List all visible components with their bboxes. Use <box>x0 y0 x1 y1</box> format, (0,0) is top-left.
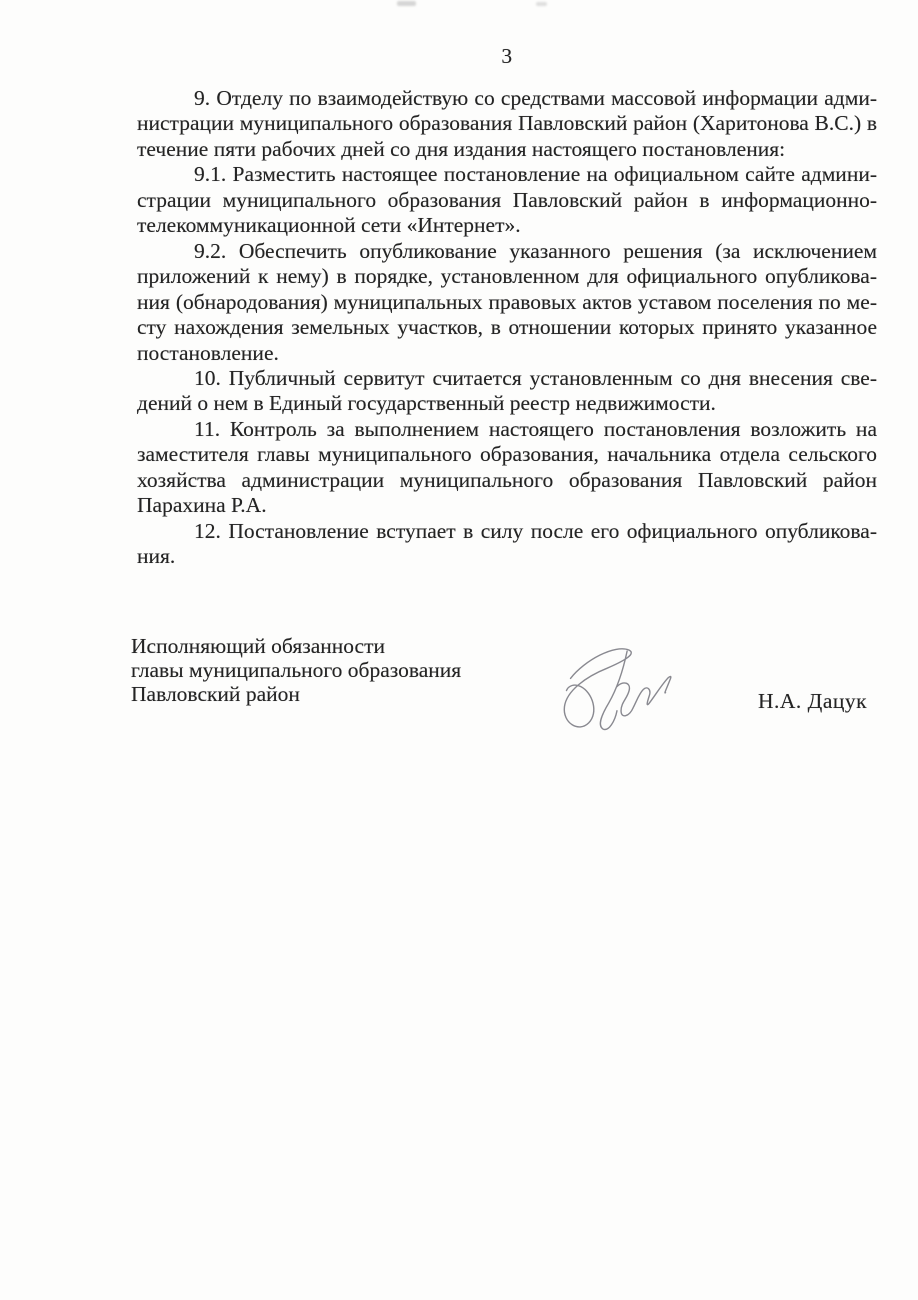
scan-artifact <box>536 2 547 6</box>
text-line: ния (обнародования) муниципальных правов… <box>137 290 877 315</box>
text-line: 11. Контроль за выполнением настоящего п… <box>137 417 877 442</box>
text-line: течение пяти рабочих дней со дня издания… <box>137 137 877 162</box>
text-line: постановление. <box>137 341 877 366</box>
signatory-name: Н.А. Дацук <box>758 689 867 714</box>
text-line: Парахина Р.А. <box>137 493 877 518</box>
handwritten-signature-icon <box>556 638 678 734</box>
text-line: нистрации муниципального образования Пав… <box>137 111 877 136</box>
signatory-title-line: Исполняющий обязанности <box>131 634 461 658</box>
paragraph-9: 9. Отделу по взаимодействую со средствам… <box>137 86 877 162</box>
paragraph-10: 10. Публичный сервитут считается установ… <box>137 366 877 417</box>
paragraph-9-2: 9.2. Обеспечить опубликование указанного… <box>137 239 877 366</box>
text-line: страции муниципального образования Павло… <box>137 188 877 213</box>
signatory-title: Исполняющий обязанности главы муниципаль… <box>131 634 461 707</box>
document-body: 9. Отделу по взаимодействую со средствам… <box>137 86 877 570</box>
paragraph-9-1: 9.1. Разместить настоящее постановление … <box>137 162 877 238</box>
signatory-title-line: Павловский район <box>131 682 461 706</box>
paragraph-12: 12. Постановление вступает в силу после … <box>137 519 877 570</box>
text-line: 12. Постановление вступает в силу после … <box>137 519 877 544</box>
paragraph-11: 11. Контроль за выполнением настоящего п… <box>137 417 877 519</box>
scanned-document-page: 3 9. Отделу по взаимодействую со средств… <box>0 0 918 1300</box>
text-line: дений о нем в Единый государственный рее… <box>137 391 877 416</box>
text-line: заместителя главы муниципального образов… <box>137 442 877 467</box>
text-line: 10. Публичный сервитут считается установ… <box>137 366 877 391</box>
text-line: 9. Отделу по взаимодействую со средствам… <box>137 86 877 111</box>
signatory-title-line: главы муниципального образования <box>131 658 461 682</box>
text-line: сту нахождения земельных участков, в отн… <box>137 315 877 340</box>
scan-artifact <box>397 1 416 6</box>
text-line: хозяйства администрации муниципального о… <box>137 468 877 493</box>
page-number: 3 <box>137 44 877 69</box>
text-line: ния. <box>137 544 877 569</box>
text-line: 9.2. Обеспечить опубликование указанного… <box>137 239 877 264</box>
text-line: приложений к нему) в порядке, установлен… <box>137 264 877 289</box>
text-line: 9.1. Разместить настоящее постановление … <box>137 162 877 187</box>
text-line: телекоммуникационной сети «Интернет». <box>137 213 877 238</box>
